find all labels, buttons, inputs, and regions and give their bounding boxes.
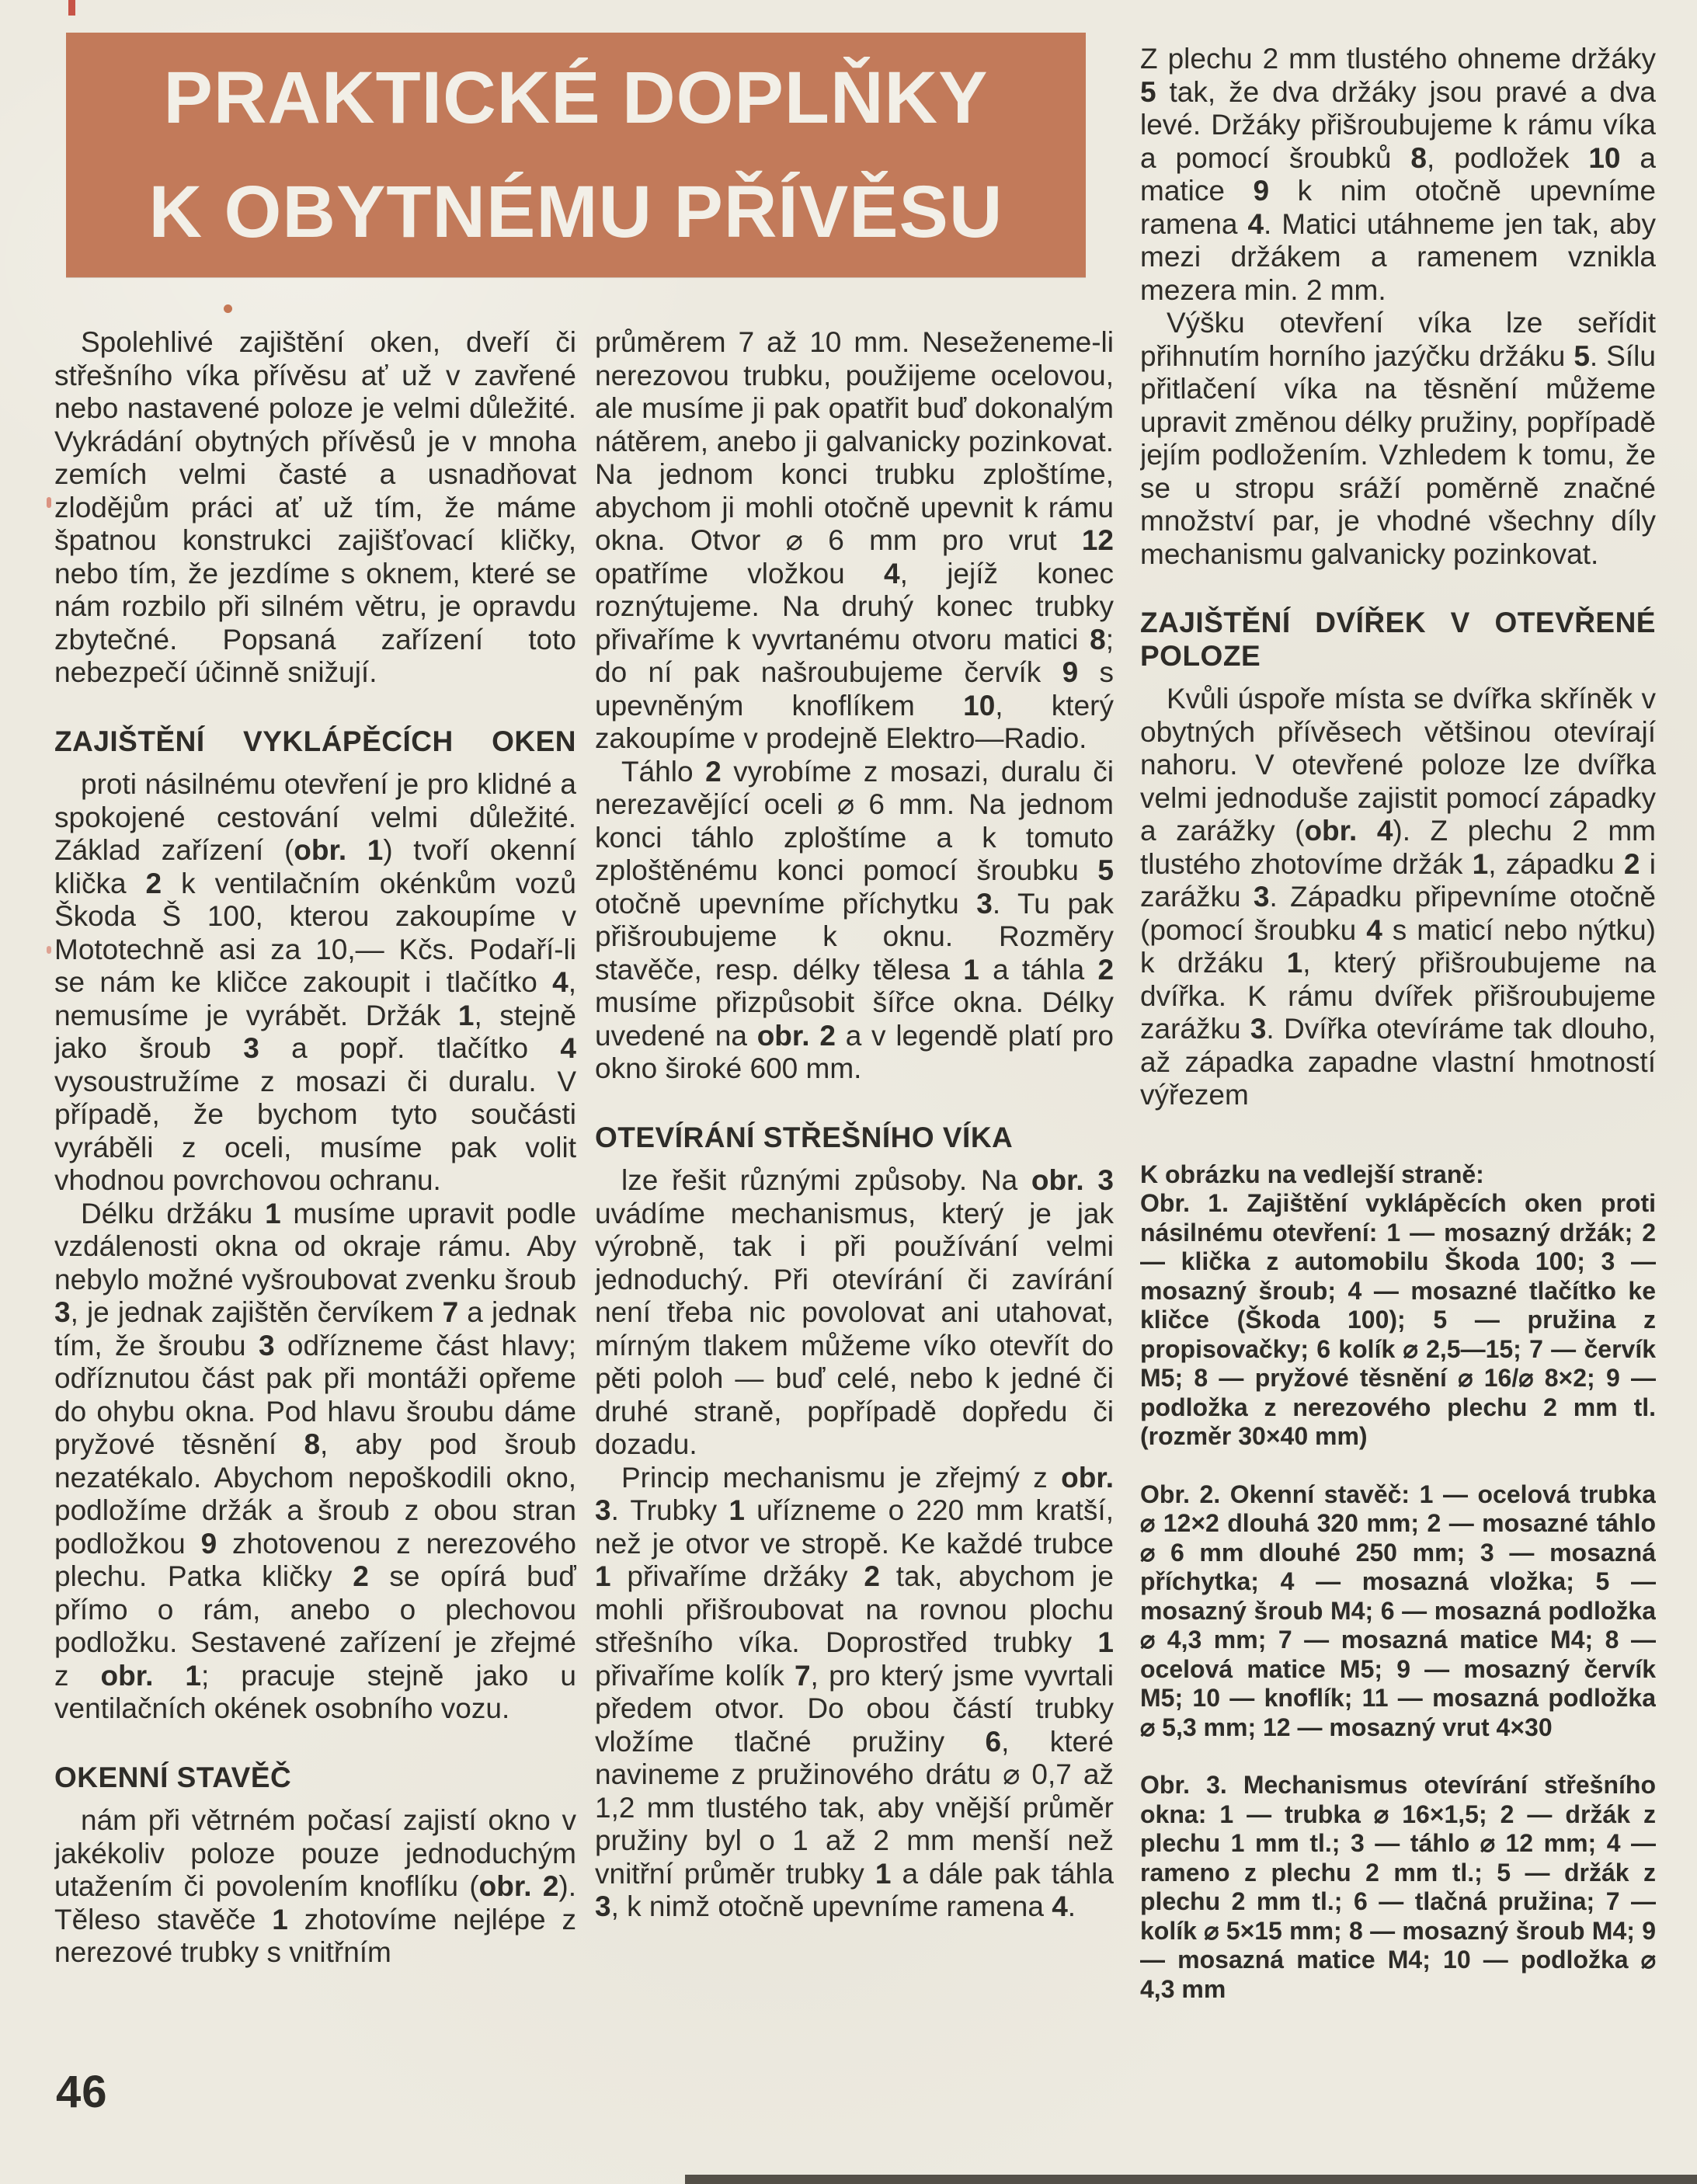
paragraph: průměrem 7 až 10 mm. Neseženeme-li nerez… (595, 326, 1114, 756)
figure-caption: Obr. 2. Okenní stavěč: 1 — ocelová trubk… (1140, 1480, 1656, 1743)
paragraph: Výšku otevření víka lze seřídit přihnutí… (1140, 307, 1656, 571)
paragraph: proti násilnému otevření je pro klidné a… (54, 768, 576, 1198)
print-artifact-speck (47, 497, 51, 508)
figure-caption: Obr. 1. Zajištění vyklápěcích oken proti… (1140, 1189, 1656, 1452)
paragraph: nám při větrném počasí zajistí okno v ja… (54, 1804, 576, 1970)
column-3: Z plechu 2 mm tlustého ohneme držáky 5 t… (1140, 43, 1656, 2140)
section-heading: OKENNÍ STAVĚČ (54, 1761, 576, 1795)
paragraph: lze řešit různými způsoby. Na obr. 3 uvá… (595, 1164, 1114, 1462)
paragraph: Délku držáku 1 musíme upravit podle vzdá… (54, 1198, 576, 1726)
print-artifact-red-tick (68, 0, 75, 16)
section-heading: ZAJIŠTĚNÍ DVÍŘEK V OTEVŘENÉ POLOZE (1140, 607, 1656, 673)
column-2: průměrem 7 až 10 mm. Neseženeme-li nerez… (595, 326, 1114, 2027)
page-number: 46 (56, 2066, 108, 2118)
print-artifact-speck (47, 946, 51, 954)
paragraph: Spolehlivé zajištění oken, dveří či stře… (54, 326, 576, 690)
page-title-line-1: PRAKTICKÉ DOPLŇKY (163, 41, 988, 155)
paragraph: Táhlo 2 vyrobíme z mosazi, duralu či ner… (595, 756, 1114, 1086)
paragraph: Z plechu 2 mm tlustého ohneme držáky 5 t… (1140, 43, 1656, 307)
print-artifact-orange-dot (224, 304, 232, 313)
section-heading: OTEVÍRÁNÍ STŘEŠNÍHO VÍKA (595, 1122, 1114, 1155)
caption-heading: K obrázku na vedlejší straně: (1140, 1160, 1656, 1190)
next-page-edge-shadow (685, 2175, 1697, 2184)
paragraph: Princip mechanismu je zřejmý z obr. 3. T… (595, 1462, 1114, 1924)
column-1: Spolehlivé zajištění oken, dveří či stře… (54, 326, 576, 2058)
paragraph: Kvůli úspoře místa se dvířka skříněk v o… (1140, 683, 1656, 1112)
figure-caption: Obr. 3. Mechanismus otevírání střešního … (1140, 1771, 1656, 2004)
page-title-line-2: K OBYTNÉMU PŘÍVĚSU (148, 155, 1003, 270)
magazine-page: PRAKTICKÉ DOPLŇKY K OBYTNÉMU PŘÍVĚSU Spo… (0, 0, 1697, 2184)
title-banner: PRAKTICKÉ DOPLŇKY K OBYTNÉMU PŘÍVĚSU (66, 33, 1086, 277)
section-heading: ZAJIŠTĚNÍ VYKLÁPĚCÍCH OKEN (54, 725, 576, 759)
